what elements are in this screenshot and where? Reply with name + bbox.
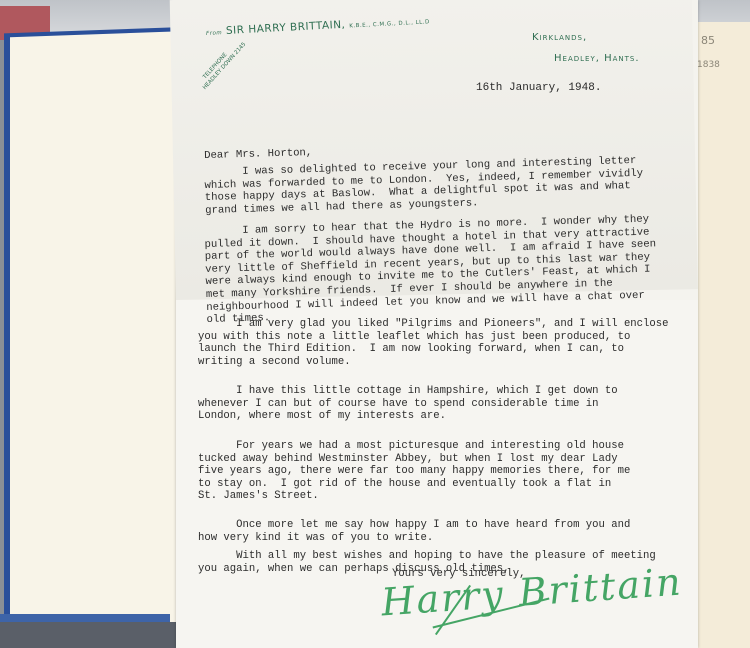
paragraph-6: Once more let me say how happy I am to h…	[198, 519, 630, 544]
paragraph-4: I have this little cottage in Hampshire,…	[198, 385, 618, 423]
paragraph-3: I am very glad you liked "Pilgrims and P…	[198, 318, 668, 368]
pencil-mark-catalog-number: 1838	[697, 60, 720, 70]
from-prefix: From	[206, 30, 222, 37]
address-line-1: Kirklands,	[532, 32, 587, 43]
paragraph-2: I am sorry to hear that the Hydro is no …	[204, 213, 658, 326]
table-surface	[0, 622, 180, 648]
album-page-right: 85 1838	[695, 22, 750, 648]
address-line-2: Headley, Hants.	[554, 53, 640, 64]
pencil-mark-page-number: 85	[701, 34, 715, 47]
letter-date: 16th January, 1948.	[476, 82, 601, 94]
paragraph-5: For years we had a most picturesque and …	[198, 440, 630, 503]
letter-sheet: From SIR HARRY BRITTAIN, K.B.E., C.M.G.,…	[176, 0, 698, 648]
album-page-left	[10, 31, 195, 637]
